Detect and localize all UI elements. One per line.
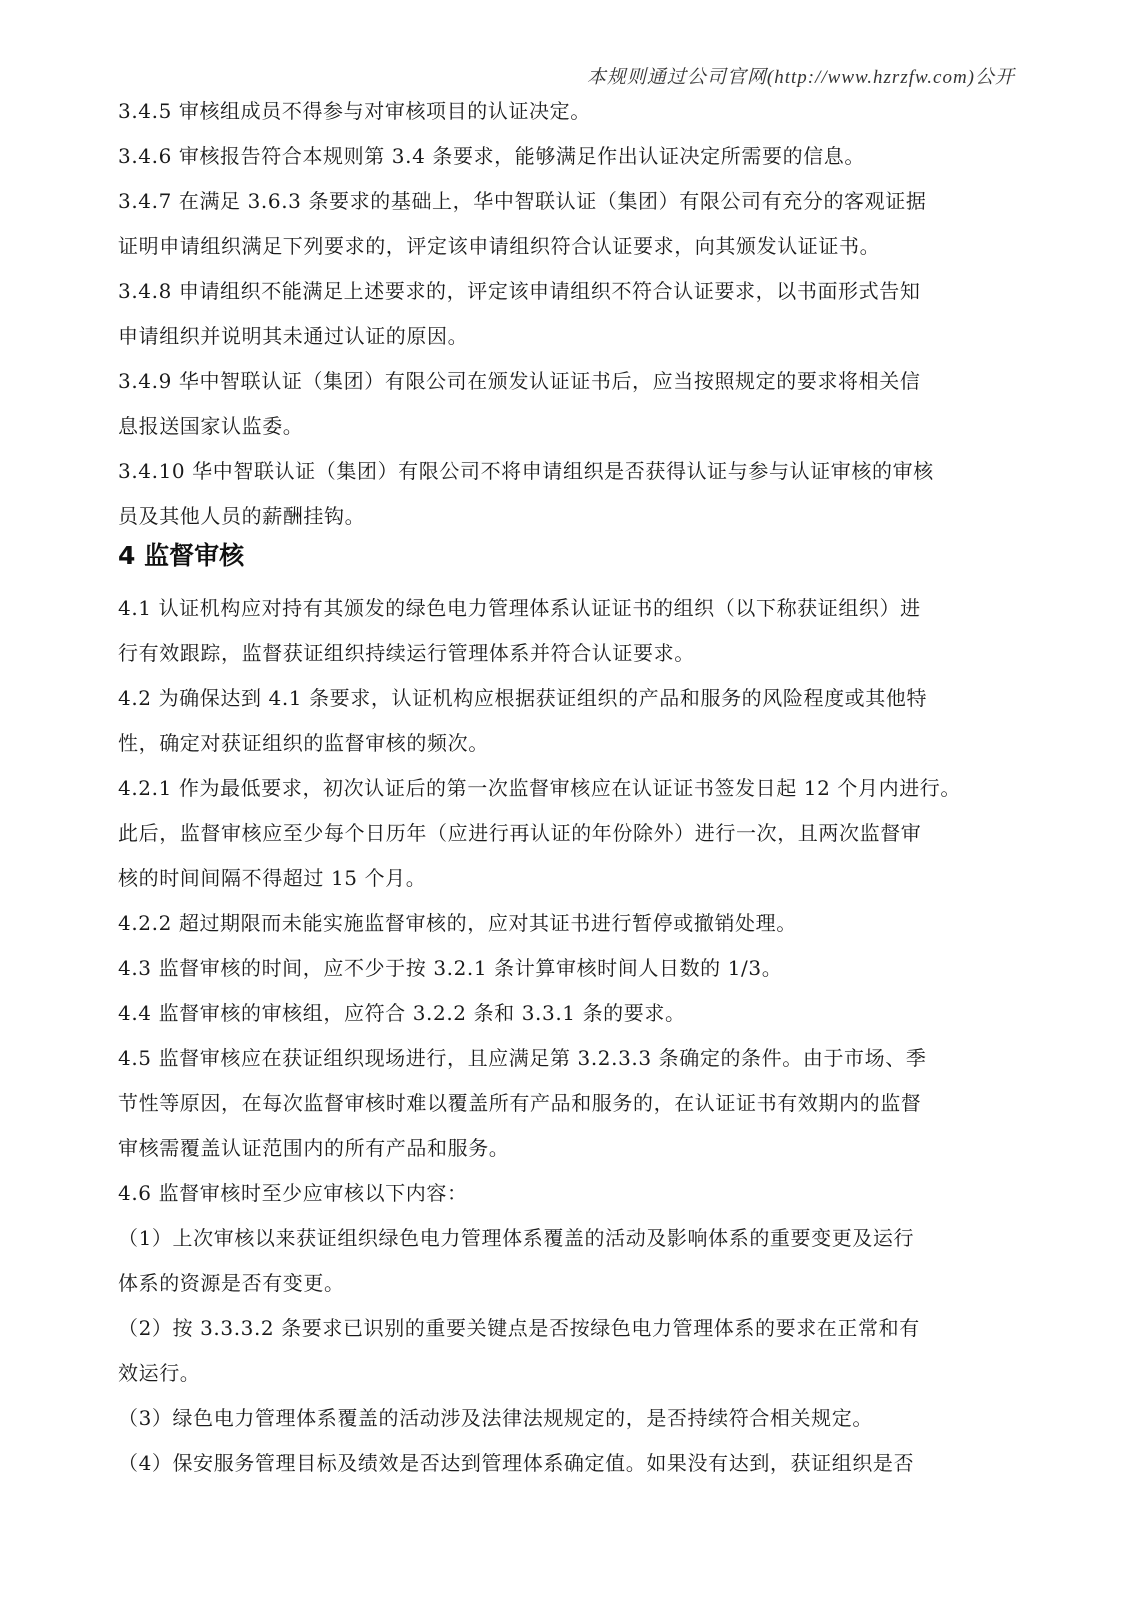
clause-3-4-10-line1: 3.4.10 华中智联认证（集团）有限公司不将申请组织是否获得认证与参与认证审核… bbox=[118, 458, 934, 484]
clause-4-4: 4.4 监督审核的审核组，应符合 3.2.2 条和 3.3.1 条的要求。 bbox=[118, 1000, 686, 1026]
clause-4-2-2: 4.2.2 超过期限而未能实施监督审核的，应对其证书进行暂停或撤销处理。 bbox=[118, 910, 797, 936]
list-item-2-line1: （2）按 3.3.3.2 条要求已识别的重要关键点是否按绿色电力管理体系的要求在… bbox=[118, 1315, 920, 1341]
list-item-1-line2: 体系的资源是否有变更。 bbox=[118, 1270, 345, 1296]
clause-3-4-7-line2: 证明申请组织满足下列要求的，评定该申请组织符合认证要求，向其颁发认证证书。 bbox=[118, 233, 880, 259]
clause-3-4-9-line2: 息报送国家认监委。 bbox=[118, 413, 303, 439]
list-item-3: （3）绿色电力管理体系覆盖的活动涉及法律法规规定的，是否持续符合相关规定。 bbox=[118, 1405, 873, 1431]
clause-3-4-8-line2: 申请组织并说明其未通过认证的原因。 bbox=[118, 323, 468, 349]
list-item-1-line1: （1）上次审核以来获证组织绿色电力管理体系覆盖的活动及影响体系的重要变更及运行 bbox=[118, 1225, 914, 1251]
list-item-2-line2: 效运行。 bbox=[118, 1360, 200, 1386]
clause-3-4-8-line1: 3.4.8 申请组织不能满足上述要求的，评定该申请组织不符合认证要求，以书面形式… bbox=[118, 278, 920, 304]
clause-4-5-line2: 节性等原因，在每次监督审核时难以覆盖所有产品和服务的，在认证证书有效期内的监督 bbox=[118, 1090, 921, 1116]
clause-3-4-6: 3.4.6 审核报告符合本规则第 3.4 条要求，能够满足作出认证决定所需要的信… bbox=[118, 143, 865, 169]
document-page: 本规则通过公司官网(http://www.hzrzfw.com)公开 3.4.5… bbox=[0, 0, 1131, 1600]
section-heading-4: 4 监督审核 bbox=[118, 541, 244, 571]
clause-3-4-7-line1: 3.4.7 在满足 3.6.3 条要求的基础上，华中智联认证（集团）有限公司有充… bbox=[118, 188, 926, 214]
clause-4-2-line1: 4.2 为确保达到 4.1 条要求，认证机构应根据获证组织的产品和服务的风险程度… bbox=[118, 685, 927, 711]
clause-4-2-line2: 性，确定对获证组织的监督审核的频次。 bbox=[118, 730, 489, 756]
list-item-4-line1: （4）保安服务管理目标及绩效是否达到管理体系确定值。如果没有达到，获证组织是否 bbox=[118, 1450, 914, 1476]
page-header: 本规则通过公司官网(http://www.hzrzfw.com)公开 bbox=[505, 62, 1015, 89]
clause-4-2-1-line2: 此后，监督审核应至少每个日历年（应进行再认证的年份除外）进行一次，且两次监督审 bbox=[118, 820, 921, 846]
clause-4-1-line2: 行有效跟踪，监督获证组织持续运行管理体系并符合认证要求。 bbox=[118, 640, 695, 666]
clause-4-3: 4.3 监督审核的时间，应不少于按 3.2.1 条计算审核时间人日数的 1/3。 bbox=[118, 955, 782, 981]
clause-4-2-1-line1: 4.2.1 作为最低要求，初次认证后的第一次监督审核应在认证证书签发日起 12 … bbox=[118, 775, 961, 801]
clause-4-1-line1: 4.1 认证机构应对持有其颁发的绿色电力管理体系认证证书的组织（以下称获证组织）… bbox=[118, 595, 921, 621]
clause-3-4-9-line1: 3.4.9 华中智联认证（集团）有限公司在颁发认证证书后，应当按照规定的要求将相… bbox=[118, 368, 920, 394]
clause-4-6: 4.6 监督审核时至少应审核以下内容： bbox=[118, 1180, 468, 1206]
clause-3-4-10-line2: 员及其他人员的薪酬挂钩。 bbox=[118, 503, 365, 529]
clause-4-5-line1: 4.5 监督审核应在获证组织现场进行，且应满足第 3.2.3.3 条确定的条件。… bbox=[118, 1045, 926, 1071]
clause-4-5-line3: 审核需覆盖认证范围内的所有产品和服务。 bbox=[118, 1135, 509, 1161]
clause-3-4-5: 3.4.5 审核组成员不得参与对审核项目的认证决定。 bbox=[118, 98, 591, 124]
clause-4-2-1-line3: 核的时间间隔不得超过 15 个月。 bbox=[118, 865, 426, 891]
